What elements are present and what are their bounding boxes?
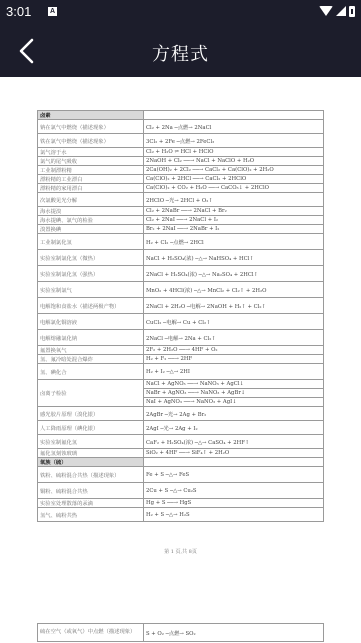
- table-row: 铁在氯气中燃烧（描述现象）3Cl₂ + 2Fe ─点燃→ 2FeCl₃: [38, 134, 324, 148]
- reaction-name: 海水提碘、氯气的检验: [38, 216, 144, 225]
- table-row: 实验室制氯气MnO₂ + 4HCl(浓) ─△→ MnCl₂ + Cl₂↑ + …: [38, 282, 324, 298]
- reaction-equation: Cl₂ + 2NaBr ──→ 2NaCl + Br₂: [144, 207, 324, 216]
- reaction-name: 次氯酸见光分解: [38, 193, 144, 207]
- reaction-name: 氟化氢刻蚀玻璃: [38, 449, 144, 458]
- reaction-name: 实验室处理散落的汞滴: [38, 499, 144, 508]
- table-row: 卤离子检验NaCl + AgNO₃ ──→ NaNO₃ + AgCl↓: [38, 380, 324, 389]
- table-row: 氢气、硫粉共热H₂ + S ─△→ H₂S: [38, 508, 324, 522]
- reaction-equation: H₂ + F₂ ──→ 2HF: [144, 355, 324, 364]
- reaction-equation: 2NaCl ─电解→ 2Na + Cl₂↑: [144, 330, 324, 346]
- table-row: 工业制氯化氢H₂ + Cl₂ ─点燃→ 2HCl: [38, 234, 324, 250]
- reaction-equation: [144, 458, 324, 467]
- reaction-equation: NaI + AgNO₃ ──→ NaNO₃ + AgI↓: [144, 398, 324, 407]
- reaction-name: 氯气的尾气吸收: [38, 157, 144, 166]
- reaction-equation: CaF₂ + H₂SO₄(浓) ─△→ CaSO₄ + 2HF↑: [144, 435, 324, 449]
- status-bar: 3:01 A: [0, 0, 361, 24]
- table-row: 海水提溴Cl₂ + 2NaBr ──→ 2NaCl + Br₂: [38, 207, 324, 216]
- page-title: 方程式: [0, 40, 361, 66]
- reaction-equation: H₂ + I₂ ─△→ 2HI: [144, 364, 324, 380]
- reaction-equation: [144, 111, 324, 120]
- reaction-equation: 3Cl₂ + 2Fe ─点燃→ 2FeCl₃: [144, 134, 324, 148]
- reaction-equation: MnO₂ + 4HCl(浓) ─△→ MnCl₂ + Cl₂↑ + 2H₂O: [144, 282, 324, 298]
- reaction-equation: 2NaOH + Cl₂ ──→ NaCl + NaClO + H₂O: [144, 157, 324, 166]
- table-row: 氢、碘化合H₂ + I₂ ─△→ 2HI: [38, 364, 324, 380]
- reaction-name: 工业制氯化氢: [38, 234, 144, 250]
- section-title: 氧族（硫）: [38, 458, 144, 467]
- reaction-equation: NaBr + AgNO₃ ──→ NaNO₃ + AgBr↓: [144, 389, 324, 398]
- table-row: 氯气溶于水Cl₂ + H₂O ⇌ HCl + HClO: [38, 148, 324, 157]
- table-row: 电解熔融氯化钠2NaCl ─电解→ 2Na + Cl₂↑: [38, 330, 324, 346]
- reaction-name: 工业制漂粉精: [38, 166, 144, 175]
- section-header-row: 卤素: [38, 111, 324, 120]
- reaction-name: 铜粉、硫粉混合共热: [38, 483, 144, 499]
- wifi-icon: [319, 6, 333, 16]
- reaction-equation: Ca(ClO)₂ + CO₂ + H₂O ──→ CaCO₃↓ + 2HClO: [144, 184, 324, 193]
- reaction-equation: S + O₂ ─点燃→ SO₂: [144, 624, 324, 642]
- reaction-equation: 2NaCl + H₂SO₄(浓) ─△→ Na₂SO₄ + 2HCl↑: [144, 266, 324, 282]
- reaction-equation: 2AgBr ─光→ 2Ag + Br₂: [144, 407, 324, 421]
- table-row: 氟置换氧气2F₂ + 2H₂O ──→ 4HF + O₂: [38, 346, 324, 355]
- table-row: 漂粉精的家用漂白Ca(ClO)₂ + CO₂ + H₂O ──→ CaCO₃↓ …: [38, 184, 324, 193]
- table-row: 人工降雨原理（碘化银）2AgI ─光→ 2Ag + I₂: [38, 421, 324, 435]
- reaction-equation: Br₂ + 2NaI ──→ 2NaBr + I₂: [144, 225, 324, 234]
- table-row: 铁粉、硫粉混合共热（描述现象）Fe + S ─△→ FeS: [38, 467, 324, 483]
- table-row: 氯气的尾气吸收2NaOH + Cl₂ ──→ NaCl + NaClO + H₂…: [38, 157, 324, 166]
- reaction-name: 硫在空气（或氧气）中点燃（描述现象）: [38, 624, 144, 642]
- table-row: 实验室制氟化氢CaF₂ + H₂SO₄(浓) ─△→ CaSO₄ + 2HF↑: [38, 435, 324, 449]
- table-row: 实验室制氯化氢（强热）2NaCl + H₂SO₄(浓) ─△→ Na₂SO₄ +…: [38, 266, 324, 282]
- reaction-name: 实验室制氯气: [38, 282, 144, 298]
- reaction-name: 漂粉精的工业漂白: [38, 175, 144, 184]
- table-row: 海水提碘、氯气的检验Cl₂ + 2NaI ──→ 2NaCl + I₂: [38, 216, 324, 225]
- reaction-name: 氯气溶于水: [38, 148, 144, 157]
- table-row: 电解饱和食盐水（描述两极产物）2NaCl + 2H₂O ─电解→ 2NaOH +…: [38, 298, 324, 314]
- reaction-name: 钠在氯气中燃烧（描述现象）: [38, 120, 144, 134]
- reaction-name: 氟置换氧气: [38, 346, 144, 355]
- reaction-equation: Cl₂ + 2Na ─点燃→ 2NaCl: [144, 120, 324, 134]
- section-header-row: 氧族（硫）: [38, 458, 324, 467]
- table-row: 实验室处理散落的汞滴Hg + S ──→ HgS: [38, 499, 324, 508]
- reaction-name: 卤离子检验: [38, 380, 144, 407]
- document-viewer[interactable]: 卤素钠在氯气中燃烧（描述现象）Cl₂ + 2Na ─点燃→ 2NaCl铁在氯气中…: [0, 77, 361, 643]
- reaction-name: 漂粉精的家用漂白: [38, 184, 144, 193]
- reaction-name: 氢气、硫粉共热: [38, 508, 144, 522]
- page-footer: 第 1 页,共 8页: [0, 548, 361, 555]
- equations-table-page-2: 硫在空气（或氧气）中点燃（描述现象）S + O₂ ─点燃→ SO₂: [37, 623, 324, 642]
- reaction-name: 铁在氯气中燃烧（描述现象）: [38, 134, 144, 148]
- reaction-name: 实验室制氯化氢（强热）: [38, 266, 144, 282]
- status-icons: [319, 5, 355, 17]
- reaction-name: 电解饱和食盐水（描述两极产物）: [38, 298, 144, 314]
- app-bar: 3:01 A 方程式: [0, 0, 361, 77]
- reaction-name: 人工降雨原理（碘化银）: [38, 421, 144, 435]
- equations-table: 卤素钠在氯气中燃烧（描述现象）Cl₂ + 2Na ─点燃→ 2NaCl铁在氯气中…: [37, 110, 324, 522]
- reaction-equation: NaCl + AgNO₃ ──→ NaNO₃ + AgCl↓: [144, 380, 324, 389]
- table-row: 铜粉、硫粉混合共热2Cu + S ─△→ Cu₂S: [38, 483, 324, 499]
- notification-a-icon: A: [48, 7, 57, 16]
- table-row: 次氯酸见光分解2HClO ─光→ 2HCl + O₂↑: [38, 193, 324, 207]
- reaction-name: 氢、氟冷暗处混合爆炸: [38, 355, 144, 364]
- reaction-equation: 2HClO ─光→ 2HCl + O₂↑: [144, 193, 324, 207]
- reaction-name: 溴置换碘: [38, 225, 144, 234]
- reaction-name: 电解熔融氯化钠: [38, 330, 144, 346]
- table-row: 漂粉精的工业漂白Ca(ClO)₂ + 2HCl ──→ CaCl₂ + 2HCl…: [38, 175, 324, 184]
- status-time: 3:01: [6, 4, 31, 19]
- table-row: 工业制漂粉精2Ca(OH)₂ + 2Cl₂ ──→ CaCl₂ + Ca(ClO…: [38, 166, 324, 175]
- reaction-equation: 2F₂ + 2H₂O ──→ 4HF + O₂: [144, 346, 324, 355]
- reaction-equation: Ca(ClO)₂ + 2HCl ──→ CaCl₂ + 2HClO: [144, 175, 324, 184]
- reaction-name: 铁粉、硫粉混合共热（描述现象）: [38, 467, 144, 483]
- reaction-name: 感光胶片原理（溴化银）: [38, 407, 144, 421]
- table-row: 氢、氟冷暗处混合爆炸H₂ + F₂ ──→ 2HF: [38, 355, 324, 364]
- reaction-equation: Cl₂ + H₂O ⇌ HCl + HClO: [144, 148, 324, 157]
- battery-icon: [349, 6, 355, 17]
- reaction-equation: Fe + S ─△→ FeS: [144, 467, 324, 483]
- reaction-equation: NaCl + H₂SO₄(浓) ─△→ NaHSO₄ + HCl↑: [144, 250, 324, 266]
- reaction-equation: H₂ + S ─△→ H₂S: [144, 508, 324, 522]
- reaction-name: 电解氯化铜溶液: [38, 314, 144, 330]
- reaction-equation: 2Cu + S ─△→ Cu₂S: [144, 483, 324, 499]
- reaction-equation: SiO₂ + 4HF ──→ SiF₄↑ + 2H₂O: [144, 449, 324, 458]
- table-row: 硫在空气（或氧气）中点燃（描述现象）S + O₂ ─点燃→ SO₂: [38, 624, 324, 642]
- table-row: 实验室制氯化氢（微热）NaCl + H₂SO₄(浓) ─△→ NaHSO₄ + …: [38, 250, 324, 266]
- reaction-name: 实验室制氯化氢（微热）: [38, 250, 144, 266]
- reaction-equation: H₂ + Cl₂ ─点燃→ 2HCl: [144, 234, 324, 250]
- reaction-name: 氢、碘化合: [38, 364, 144, 380]
- reaction-equation: Cl₂ + 2NaI ──→ 2NaCl + I₂: [144, 216, 324, 225]
- signal-icon: [336, 6, 346, 16]
- reaction-equation: 2AgI ─光→ 2Ag + I₂: [144, 421, 324, 435]
- reaction-equation: 2Ca(OH)₂ + 2Cl₂ ──→ CaCl₂ + Ca(ClO)₂ + 2…: [144, 166, 324, 175]
- reaction-name: 实验室制氟化氢: [38, 435, 144, 449]
- reaction-name: 海水提溴: [38, 207, 144, 216]
- table-row: 溴置换碘Br₂ + 2NaI ──→ 2NaBr + I₂: [38, 225, 324, 234]
- reaction-equation: Hg + S ──→ HgS: [144, 499, 324, 508]
- reaction-equation: CuCl₂ ─电解→ Cu + Cl₂↑: [144, 314, 324, 330]
- table-row: 钠在氯气中燃烧（描述现象）Cl₂ + 2Na ─点燃→ 2NaCl: [38, 120, 324, 134]
- table-row: 氟化氢刻蚀玻璃SiO₂ + 4HF ──→ SiF₄↑ + 2H₂O: [38, 449, 324, 458]
- reaction-equation: 2NaCl + 2H₂O ─电解→ 2NaOH + H₂↑ + Cl₂↑: [144, 298, 324, 314]
- table-row: 感光胶片原理（溴化银）2AgBr ─光→ 2Ag + Br₂: [38, 407, 324, 421]
- table-row: 电解氯化铜溶液CuCl₂ ─电解→ Cu + Cl₂↑: [38, 314, 324, 330]
- section-title: 卤素: [38, 111, 144, 120]
